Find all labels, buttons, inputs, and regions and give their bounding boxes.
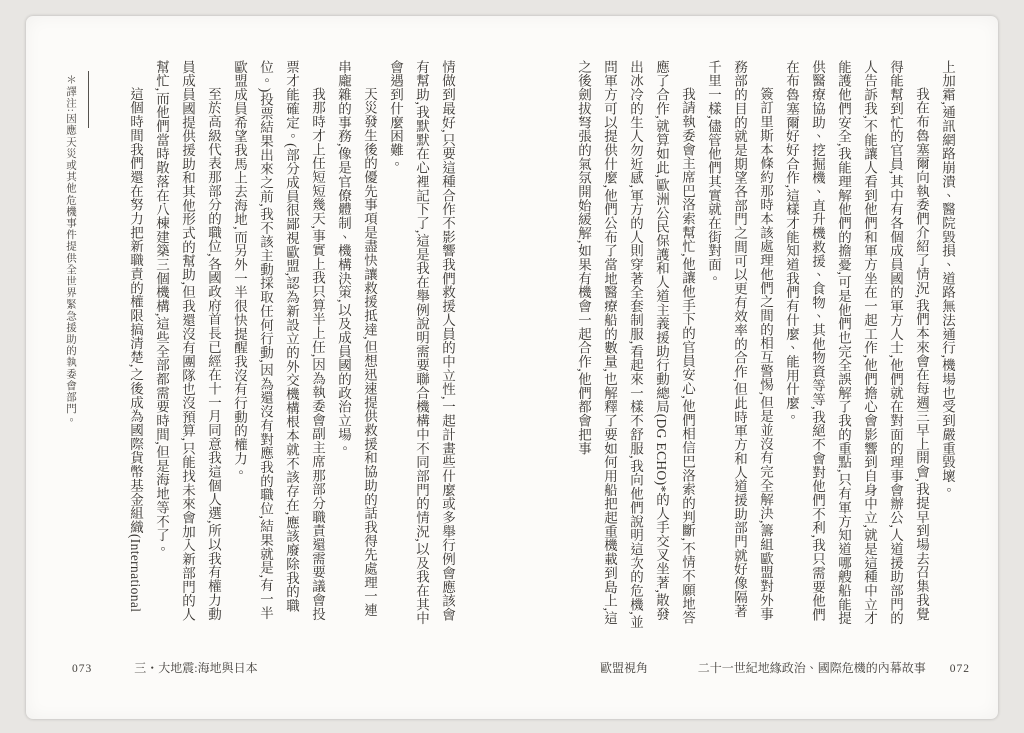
page-number-073: 073	[72, 663, 92, 675]
right-page-footer: 歐盟視角 二十一世紀地緣政治、國際危機的內幕故事 072	[600, 659, 970, 676]
left-page-text: 情做到最好,只要這種合作不影響我們救援人員的中立性,一起計畫些什麼或多舉行例會應…	[100, 60, 460, 630]
page-number-072: 072	[950, 663, 970, 675]
running-book-title: 二十一世紀地緣政治、國際危機的內幕故事	[698, 659, 926, 676]
right-page-text: 上加霜,通訊網路崩潰、醫院毀損、道路無法通行,機場也受到嚴重毀壞。我在布魯塞爾向…	[524, 60, 960, 630]
book-spread: 上加霜,通訊網路崩潰、醫院毀損、道路無法通行,機場也受到嚴重毀壞。我在布魯塞爾向…	[0, 0, 1024, 733]
paragraph: 情做到最好,只要這種合作不影響我們救援人員的中立性,一起計畫些什麼或多舉行例會應…	[382, 60, 460, 630]
footnote-separator-rule	[88, 71, 89, 128]
running-chapter-title: 三・大地震:海地與日本	[134, 659, 257, 676]
paragraph: 天災發生後的優先事項是盡快讓救援抵達,但想迅速提供救援和協助的話我得先處理一連串…	[330, 60, 382, 630]
paragraph: 我請執委會主席巴洛索幫忙,他讓他手下的官員安心,他們相信巴洛索的判斷,不情不願地…	[570, 60, 700, 630]
left-page-footer: 073 三・大地震:海地與日本	[72, 659, 258, 676]
paragraph: 簽訂里斯本條約那時本該處理他們之間的相互警惕,但是並沒有完全解決,籌組歐盟對外事…	[700, 60, 778, 630]
paragraph: 這個時間我們還在努力把新職責的權限搞清楚,之後成為國際貨幣基金組織(Intern…	[122, 60, 148, 630]
running-section-label: 歐盟視角	[600, 659, 648, 676]
paragraph: 上加霜,通訊網路崩潰、醫院毀損、道路無法通行,機場也受到嚴重毀壞。	[934, 60, 960, 630]
translator-footnote: ＊譯注:因應天災或其他危機事件提供全世界緊急援助的執委會部門。	[52, 74, 78, 484]
paragraph: 我在布魯塞爾向執委們介紹了情況,我們本來會在每週三早上開會,我提早到場去召集我覺…	[778, 60, 934, 630]
paragraph: 我那時才上任短短幾天,事實上我只算半上任,因為執委會副主席那部分職責還需要議會投…	[226, 60, 330, 630]
paragraph: 至於高級代表那部分的職位,各國政府首長已經在十一月同意我這個人選,所以我有權力動…	[148, 60, 226, 630]
